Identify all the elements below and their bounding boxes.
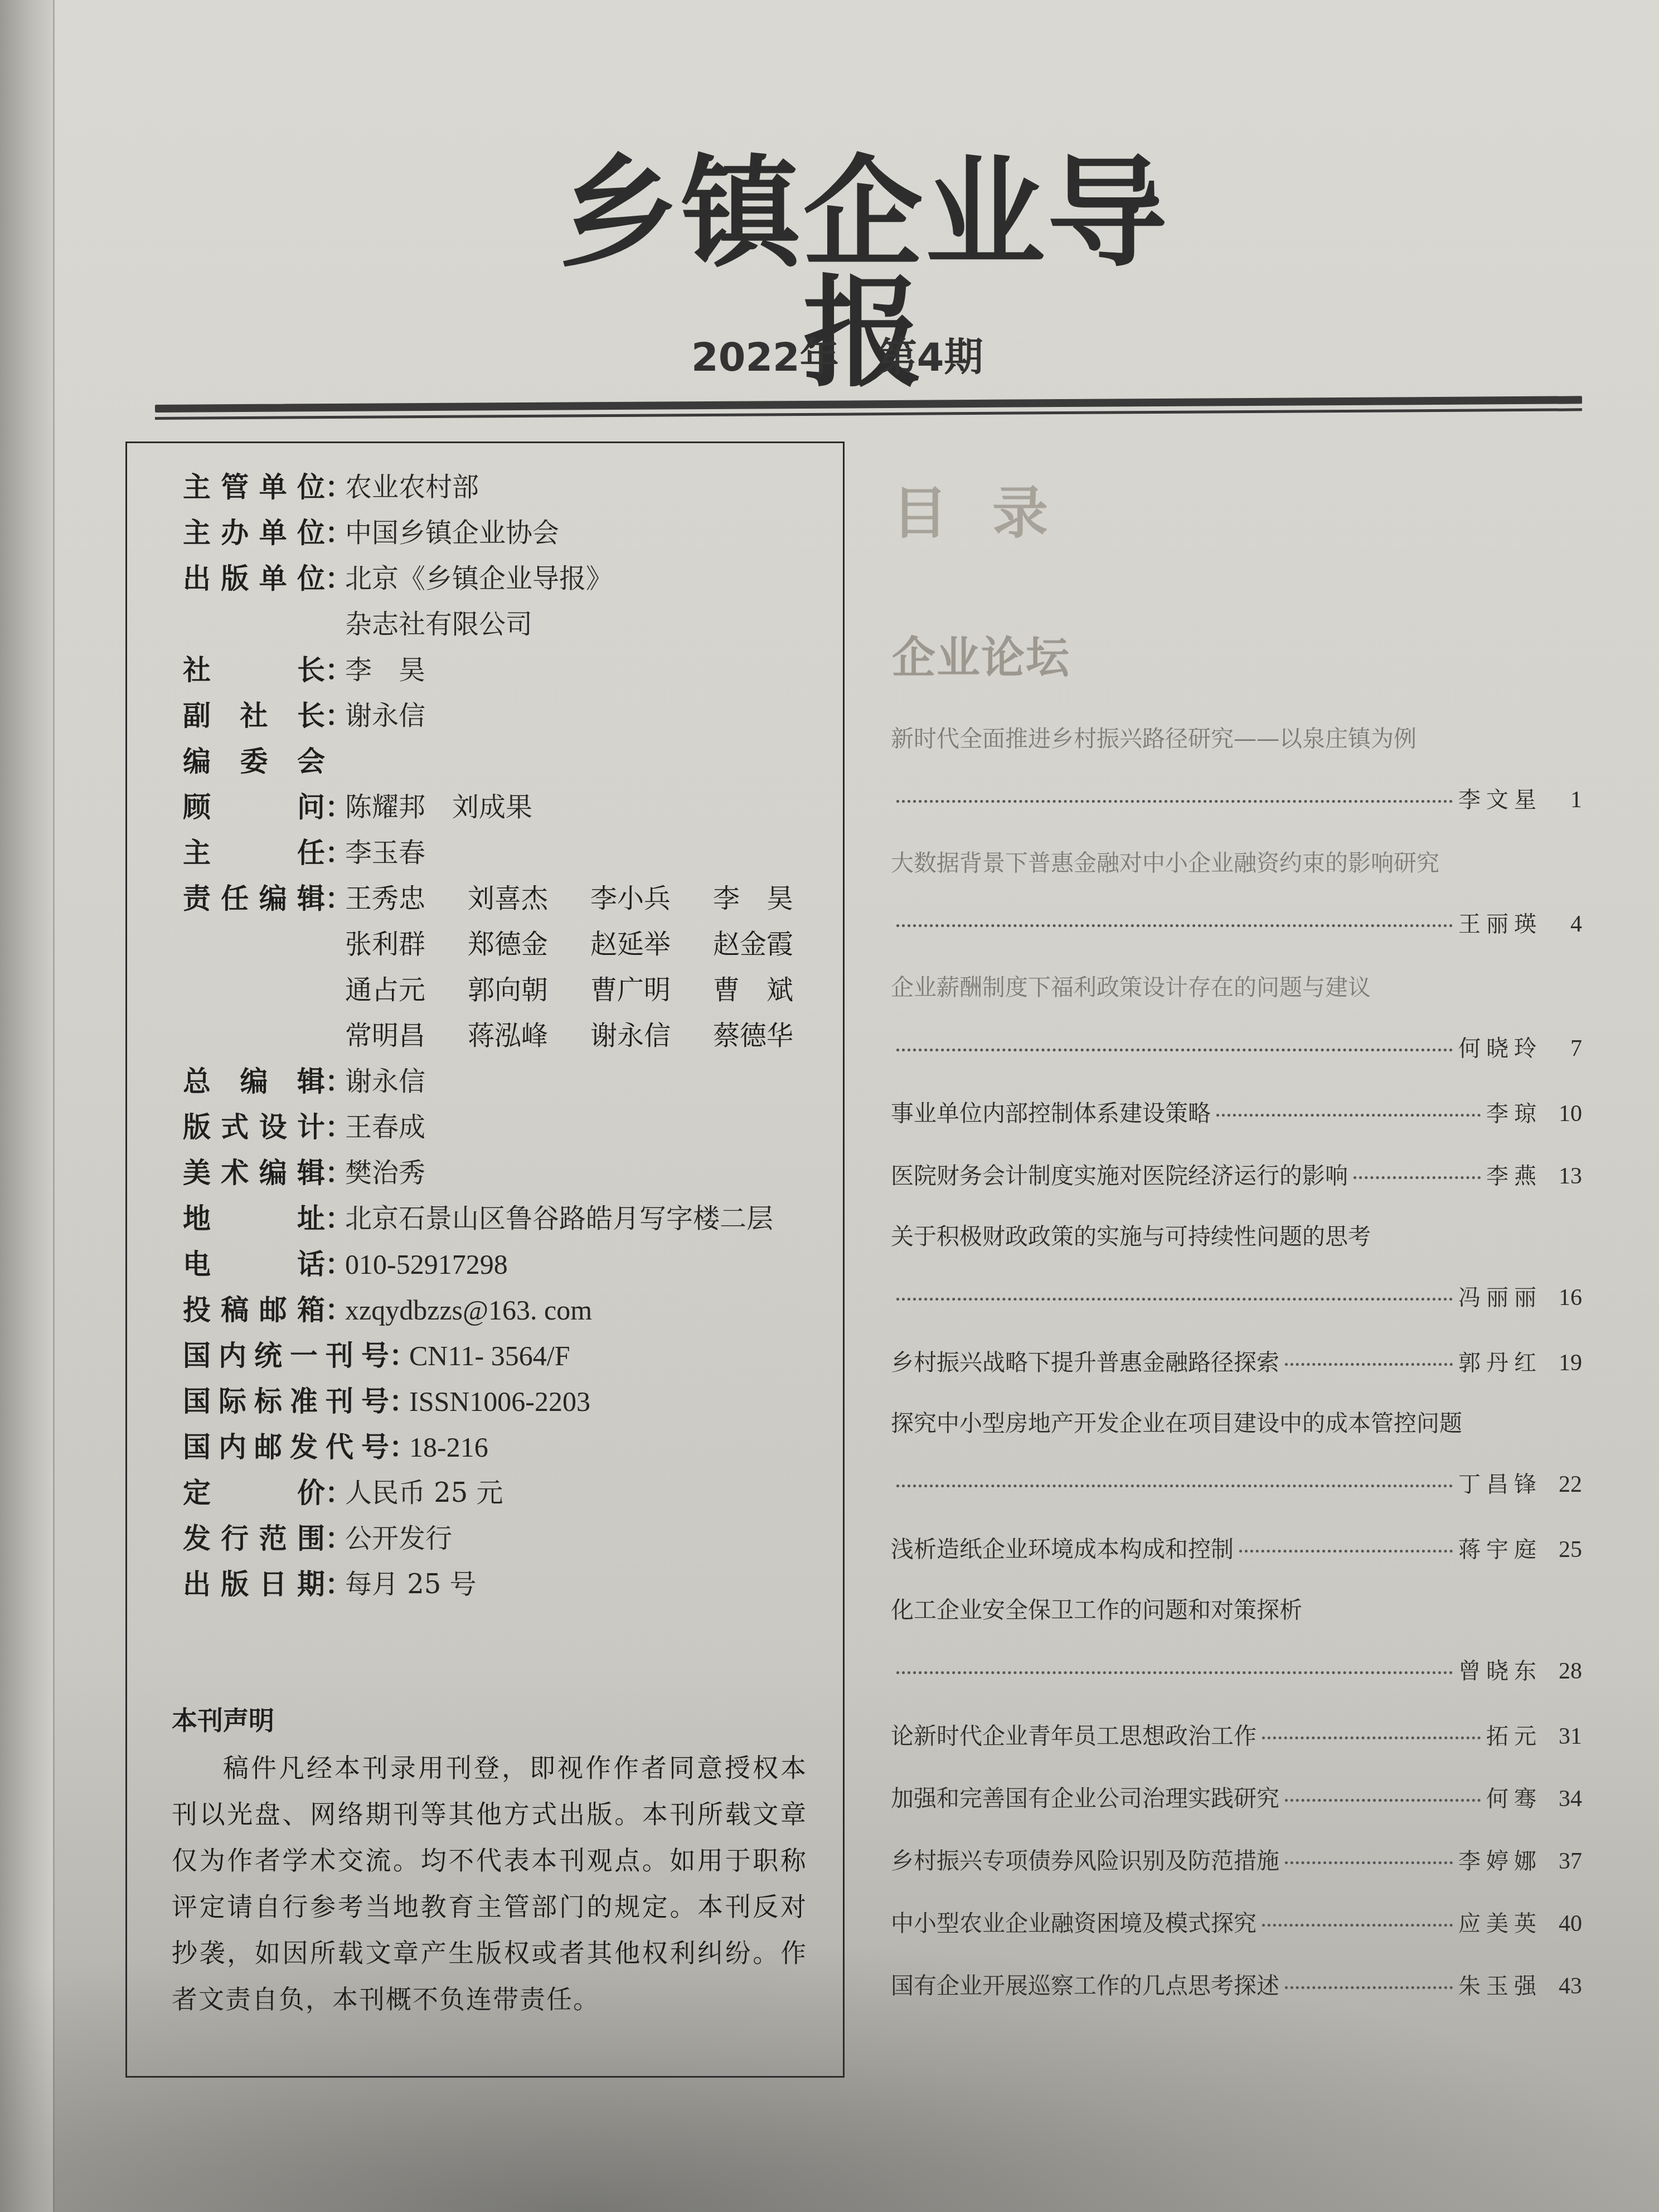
editor-name: 常明昌 (345, 1013, 468, 1059)
toc-entry[interactable]: 浅析造纸企业环境成本构成和控制蒋宇庭25 (891, 1531, 1582, 1593)
dot-leader (1239, 1550, 1453, 1553)
info-label: 版式设计 (183, 1104, 325, 1150)
info-value: 谢永信 (345, 1059, 425, 1104)
toc-entry-title: 浅析造纸企业环境成本构成和控制 (891, 1531, 1234, 1564)
toc-entry-author: 李婷娜 (1458, 1844, 1542, 1875)
info-value: 农业农村部 (345, 464, 479, 510)
issue-year: 2022年 (691, 334, 839, 380)
toc-entry-page: 4 (1542, 911, 1582, 938)
info-row: 版式设计：王春成 (183, 1104, 841, 1150)
info-row: 编委会 (183, 739, 841, 784)
info-colon: ： (325, 830, 345, 876)
info-colon: ： (325, 784, 345, 830)
info-colon: ： (325, 1150, 345, 1196)
toc-entry-author: 李燕 (1486, 1158, 1542, 1190)
toc-entry[interactable]: 医院财务会计制度实施对医院经济运行的影响李燕13 (891, 1157, 1582, 1220)
info-label: 主管单位 (183, 464, 325, 510)
toc-entry-title: 探究中小型房地产开发企业在项目建设中的成本管控问题 (891, 1406, 1582, 1467)
toc-entry-title: 加强和完善国有企业公司治理实践研究 (891, 1780, 1279, 1813)
info-colon: ： (389, 1424, 409, 1470)
info-row: 国内邮发代号：18-216 (183, 1424, 841, 1470)
info-colon: ： (325, 1516, 345, 1561)
toc-entry[interactable]: 化工企业安全保卫工作的问题和对策探析曾晓东28 (891, 1593, 1582, 1718)
dot-leader (896, 1671, 1453, 1674)
info-row: 国内统一刊号：CN11- 3564/F (183, 1333, 841, 1379)
toc-entry-author: 拓元 (1486, 1719, 1542, 1750)
toc-entry-title: 化工企业安全保卫工作的问题和对策探析 (891, 1593, 1582, 1653)
info-colon: ： (325, 693, 345, 739)
info-label: 国内统一刊号 (183, 1333, 389, 1379)
editor-name: 谢永信 (590, 1013, 713, 1059)
toc-entry-title: 新时代全面推进乡村振兴路径研究——以泉庄镇为例 (891, 722, 1582, 782)
info-label: 编委会 (183, 739, 325, 784)
dot-leader (1285, 1799, 1481, 1802)
info-label: 顾问 (183, 784, 325, 830)
toc-entry-author: 何骞 (1486, 1781, 1542, 1813)
table-of-contents: 新时代全面推进乡村振兴路径研究——以泉庄镇为例李文星1大数据背景下普惠金融对中小… (891, 722, 1582, 2030)
toc-entry-page: 31 (1542, 1723, 1582, 1750)
info-value: 每月 25 号 (345, 1561, 477, 1607)
toc-entry-author: 曾晓东 (1458, 1653, 1542, 1685)
info-row: 国际标准刊号：ISSN1006-2203 (183, 1379, 841, 1424)
info-label: 责任编辑 (183, 876, 325, 921)
info-row: 总编辑：谢永信 (183, 1059, 841, 1104)
toc-entry-page: 10 (1542, 1100, 1582, 1127)
toc-entry-title: 中小型农业企业融资困境及模式探究 (891, 1905, 1257, 1938)
editor-name: 曹广明 (590, 967, 713, 1013)
info-label: 出版日期 (183, 1561, 325, 1607)
info-value: 杂志社有限公司 (345, 601, 532, 647)
editor-name: 郭向朝 (468, 967, 590, 1013)
toc-entry-page: 19 (1542, 1350, 1582, 1376)
info-colon: ： (325, 647, 345, 693)
toc-entry-page: 28 (1542, 1658, 1582, 1685)
info-colon: ： (325, 556, 345, 601)
toc-entry-page: 1 (1542, 787, 1582, 813)
toc-entry[interactable]: 加强和完善国有企业公司治理实践研究何骞34 (891, 1780, 1582, 1842)
info-value: 樊治秀 (345, 1150, 425, 1196)
dot-leader (896, 1049, 1453, 1051)
page-binding-shadow (0, 0, 53, 2212)
editor-name: 郑德金 (468, 921, 590, 967)
info-value: 北京石景山区鲁谷路皓月写字楼二层 (345, 1196, 773, 1241)
info-row: 出版日期：每月 25 号 (183, 1561, 841, 1607)
dot-leader (896, 1485, 1453, 1487)
dot-leader (1216, 1114, 1481, 1117)
info-colon: ： (325, 1561, 345, 1607)
editor-name: 蒋泓峰 (468, 1013, 590, 1059)
toc-entry-author: 蒋宇庭 (1458, 1532, 1542, 1564)
info-row: 地址：北京石景山区鲁谷路皓月写字楼二层 (183, 1196, 841, 1241)
toc-entry[interactable]: 乡村振兴专项债券风险识别及防范措施李婷娜37 (891, 1842, 1582, 1905)
info-value: xzqydbzzs@163. com (345, 1287, 592, 1333)
info-colon: ： (325, 1104, 345, 1150)
toc-entry-author: 李文星 (1458, 782, 1542, 814)
info-label: 美术编辑 (183, 1150, 325, 1196)
toc-entry-title: 大数据背景下普惠金融对中小企业融资约束的影响研究 (891, 846, 1582, 906)
info-colon: ： (325, 1470, 345, 1516)
dot-leader (1262, 1736, 1481, 1739)
toc-entry-author: 丁昌锋 (1458, 1467, 1542, 1498)
toc-heading: 目录 (892, 468, 1093, 549)
toc-entry-title: 企业薪酬制度下福利政策设计存在的问题与建议 (891, 971, 1582, 1031)
toc-entry-page: 40 (1542, 1910, 1582, 1937)
info-value: 王春成 (345, 1104, 425, 1150)
toc-entry-page: 37 (1542, 1848, 1582, 1875)
toc-entry-title: 国有企业开展巡察工作的几点思考探述 (891, 1967, 1279, 2000)
dot-leader (1285, 1363, 1453, 1366)
info-row: 主管单位：农业农村部 (183, 464, 841, 510)
toc-entry-page: 13 (1542, 1163, 1582, 1190)
editor-name: 李小兵 (590, 876, 713, 921)
notice-body: 稿件凡经本刊录用刊登，即视作作者同意授权本刊以光盘、网络期刊等其他方式出版。本刊… (172, 1745, 807, 2022)
info-label: 地址 (183, 1196, 325, 1241)
publication-info-list: 主管单位：农业农村部主办单位：中国乡镇企业协会出版单位：北京《乡镇企业导报》杂志… (183, 464, 841, 1607)
info-label: 主办单位 (183, 510, 325, 556)
editor-name: 赵延举 (590, 921, 713, 967)
info-row: 电话：010-52917298 (183, 1241, 841, 1287)
info-colon: ： (389, 1333, 409, 1379)
toc-entry[interactable]: 国有企业开展巡察工作的几点思考探述朱玉强43 (891, 1967, 1582, 2030)
toc-entry-title: 关于积极财政政策的实施与可持续性问题的思考 (891, 1220, 1582, 1280)
toc-entry-title: 乡村振兴专项债券风险识别及防范措施 (891, 1842, 1279, 1875)
toc-entry-author: 王丽瑛 (1458, 906, 1542, 938)
info-value: 李 昊 (345, 647, 425, 693)
toc-entry[interactable]: 大数据背景下普惠金融对中小企业融资约束的影响研究王丽瑛4 (891, 846, 1582, 971)
info-row: 主任：李玉春 (183, 830, 841, 876)
issue-label: 2022年第4期 (691, 326, 1037, 382)
dot-leader (896, 924, 1453, 927)
toc-entry[interactable]: 中小型农业企业融资困境及模式探究应美英40 (891, 1905, 1582, 1967)
editor-name: 王秀忠 (345, 876, 468, 921)
toc-entry-title: 医院财务会计制度实施对医院经济运行的影响 (891, 1157, 1348, 1190)
info-label: 发行范围 (183, 1516, 325, 1561)
toc-entry[interactable]: 新时代全面推进乡村振兴路径研究——以泉庄镇为例李文星1 (891, 722, 1582, 846)
info-label: 定价 (183, 1470, 325, 1516)
editor-name: 赵金霞 (713, 921, 836, 967)
dot-leader (1262, 1924, 1453, 1927)
masthead-info-box: 主管单位：农业农村部主办单位：中国乡镇企业协会出版单位：北京《乡镇企业导报》杂志… (125, 442, 845, 2078)
toc-entry-page: 43 (1542, 1973, 1582, 2000)
toc-entry-author: 朱玉强 (1458, 1968, 1542, 2000)
toc-entry-author: 应美英 (1458, 1906, 1542, 1938)
info-value: 人民币 25 元 (345, 1470, 503, 1516)
toc-entry[interactable]: 乡村振兴战略下提升普惠金融路径探索郭丹红19 (891, 1344, 1582, 1406)
info-row: 发行范围：公开发行 (183, 1516, 841, 1561)
info-value: ISSN1006-2203 (409, 1379, 590, 1424)
toc-entry-author: 何晓玲 (1458, 1031, 1542, 1063)
toc-entry-page: 16 (1542, 1284, 1582, 1311)
toc-entry-page: 25 (1542, 1536, 1582, 1563)
info-value: 北京《乡镇企业导报》 (345, 556, 613, 601)
info-colon: ： (325, 1059, 345, 1104)
toc-section-title: 企业论坛 (892, 623, 1070, 686)
info-label: 电话 (183, 1241, 325, 1287)
info-label: 投稿邮箱 (183, 1287, 325, 1333)
info-value: 李玉春 (345, 830, 425, 876)
dot-leader (1285, 1986, 1453, 1989)
info-value: 谢永信 (345, 693, 425, 739)
editor-name: 刘喜杰 (468, 876, 590, 921)
notice-title: 本刊声明 (172, 1700, 274, 1737)
info-value: 公开发行 (345, 1516, 452, 1561)
toc-entry-title: 事业单位内部控制体系建设策略 (891, 1095, 1211, 1128)
info-row: 主办单位：中国乡镇企业协会 (183, 510, 841, 556)
responsible-editors-row: 责任编辑：王秀忠刘喜杰李小兵李 昊张利群郑德金赵延举赵金霞通占元郭向朝曹广明曹 … (183, 876, 841, 1059)
editor-name: 张利群 (345, 921, 468, 967)
info-label: 主任 (183, 830, 325, 876)
info-value: 中国乡镇企业协会 (345, 510, 559, 556)
dot-leader (1285, 1861, 1453, 1864)
info-row: 副社长：谢永信 (183, 693, 841, 739)
editor-name: 通占元 (345, 967, 468, 1013)
info-colon: ： (325, 876, 345, 921)
info-colon: ： (325, 510, 345, 556)
dot-leader (896, 800, 1453, 803)
toc-entry[interactable]: 探究中小型房地产开发企业在项目建设中的成本管控问题丁昌锋22 (891, 1406, 1582, 1531)
issue-number: 第4期 (878, 334, 983, 380)
toc-entry-title: 乡村振兴战略下提升普惠金融路径探索 (891, 1344, 1279, 1377)
info-label: 总编辑 (183, 1059, 325, 1104)
info-row: 投稿邮箱：xzqydbzzs@163. com (183, 1287, 841, 1333)
toc-entry-title: 论新时代企业青年员工思想政治工作 (891, 1718, 1257, 1750)
toc-entry-author: 郭丹红 (1458, 1345, 1542, 1377)
responsible-editors-grid: 王秀忠刘喜杰李小兵李 昊张利群郑德金赵延举赵金霞通占元郭向朝曹广明曹 斌常明昌蒋… (345, 876, 836, 1059)
page-edge (53, 0, 55, 2212)
editor-name: 李 昊 (713, 876, 836, 921)
toc-entry[interactable]: 关于积极财政政策的实施与可持续性问题的思考冯丽丽16 (891, 1220, 1582, 1344)
info-row: 美术编辑：樊治秀 (183, 1150, 841, 1196)
info-label: 国际标准刊号 (183, 1379, 389, 1424)
info-label: 副社长 (183, 693, 325, 739)
info-row-continued: 杂志社有限公司 (183, 601, 841, 647)
info-colon: ： (389, 1379, 409, 1424)
toc-entry-page: 22 (1542, 1471, 1582, 1498)
toc-entry-author: 冯丽丽 (1458, 1280, 1542, 1312)
info-label: 国内邮发代号 (183, 1424, 389, 1470)
info-value: 010-52917298 (345, 1241, 508, 1287)
editor-name: 曹 斌 (713, 967, 836, 1013)
info-colon: ： (325, 1287, 345, 1333)
info-label: 社长 (183, 647, 325, 693)
info-label: 出版单位 (183, 556, 325, 601)
dot-leader (1354, 1176, 1481, 1179)
info-colon: ： (325, 1241, 345, 1287)
toc-entry-page: 34 (1542, 1786, 1582, 1812)
info-row: 出版单位：北京《乡镇企业导报》 (183, 556, 841, 601)
info-colon: ： (325, 464, 345, 510)
info-value: 陈耀邦 刘成果 (345, 784, 532, 830)
info-value: 18-216 (409, 1424, 488, 1470)
dot-leader (896, 1298, 1453, 1301)
toc-entry[interactable]: 企业薪酬制度下福利政策设计存在的问题与建议何晓玲7 (891, 971, 1582, 1095)
toc-entry-author: 李琼 (1486, 1096, 1542, 1128)
toc-entry[interactable]: 事业单位内部控制体系建设策略李琼10 (891, 1095, 1582, 1157)
info-value: CN11- 3564/F (409, 1333, 570, 1379)
info-colon: ： (325, 1196, 345, 1241)
editor-name: 蔡德华 (713, 1013, 836, 1059)
info-row: 社长：李 昊 (183, 647, 841, 693)
toc-entry[interactable]: 论新时代企业青年员工思想政治工作拓元31 (891, 1718, 1582, 1780)
toc-entry-page: 7 (1542, 1035, 1582, 1062)
info-row: 定价：人民币 25 元 (183, 1470, 841, 1516)
info-row: 顾问：陈耀邦 刘成果 (183, 784, 841, 830)
